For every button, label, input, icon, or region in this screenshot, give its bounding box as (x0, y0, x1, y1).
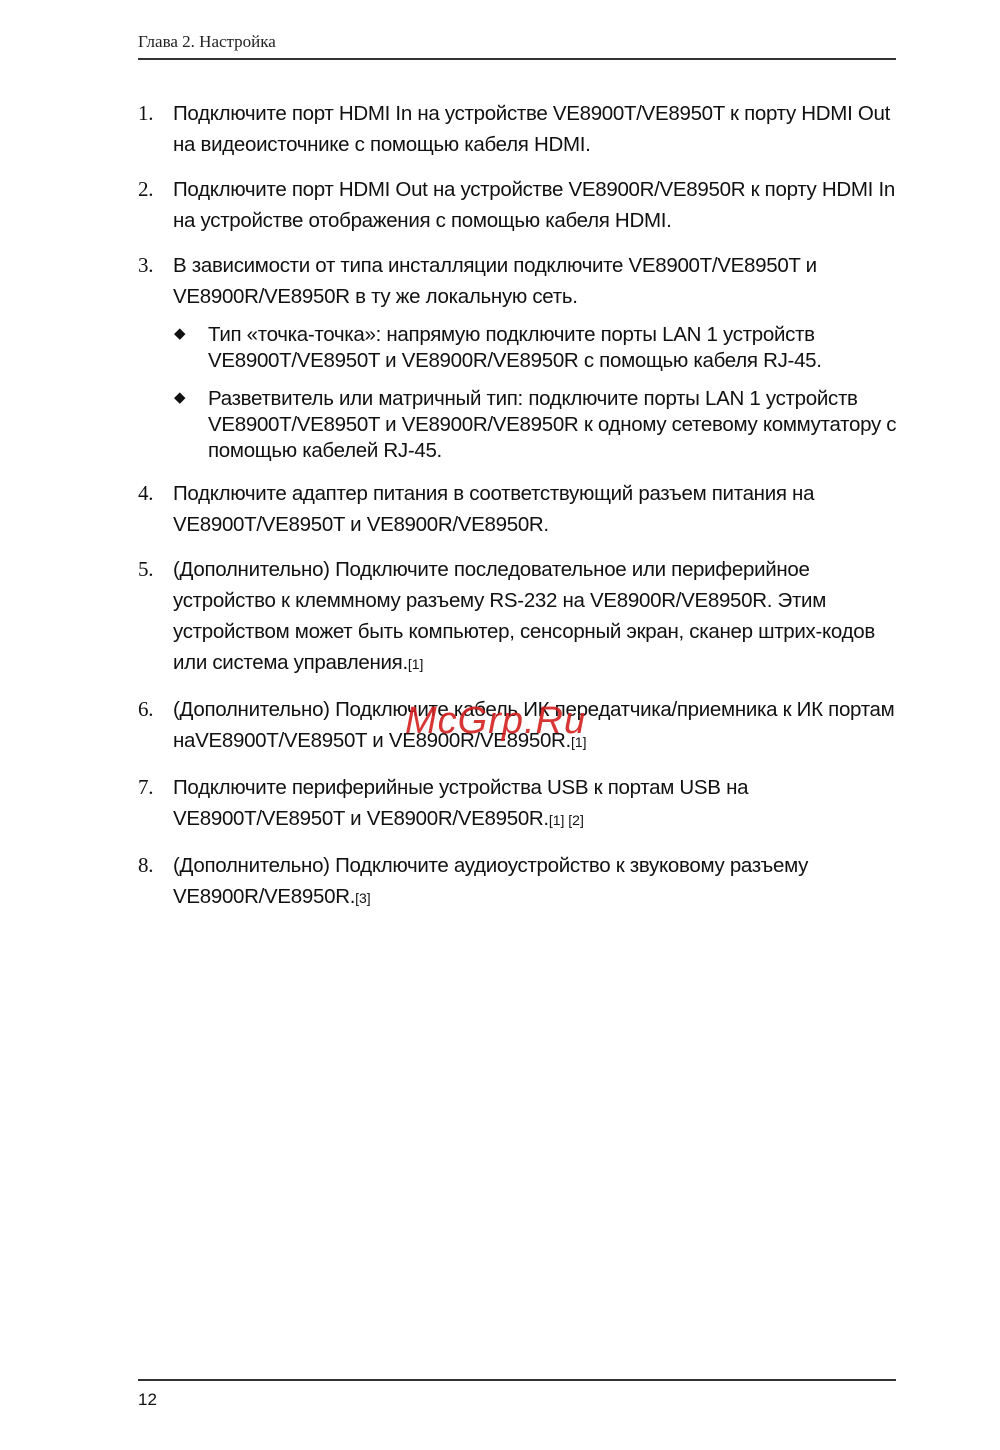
instruction-list: 1. Подключите порт HDMI In на устройстве… (138, 98, 898, 928)
watermark: McGrp.Ru (405, 700, 586, 743)
installation-type-list: ◆ Тип «точка-точка»: напрямую подключите… (173, 322, 898, 464)
step-number: 6. (138, 694, 153, 725)
step-item: 3. В зависимости от типа инсталляции под… (138, 250, 898, 464)
step-text: В зависимости от типа инсталляции подклю… (173, 254, 817, 308)
diamond-bullet-icon: ◆ (174, 321, 185, 347)
step-item: 8. (Дополнительно) Подключите аудиоустро… (138, 850, 898, 914)
step-text: (Дополнительно) Подключите последователь… (173, 558, 875, 674)
chapter-title: Глава 2. Настройка (138, 31, 896, 53)
footnote-ref: [3] (355, 890, 371, 906)
step-number: 5. (138, 554, 153, 585)
step-text: Подключите адаптер питания в соответству… (173, 482, 814, 536)
step-text: (Дополнительно) Подключите аудиоустройст… (173, 854, 808, 908)
step-item: 1. Подключите порт HDMI In на устройстве… (138, 98, 898, 160)
step-number: 2. (138, 174, 153, 205)
footer-divider (138, 1379, 896, 1381)
step-text: Подключите порт HDMI In на устройстве VE… (173, 102, 890, 156)
step-item: 5. (Дополнительно) Подключите последоват… (138, 554, 898, 680)
footnote-ref: [1] [2] (549, 812, 584, 828)
list-item: ◆ Тип «точка-точка»: напрямую подключите… (173, 322, 898, 374)
step-number: 4. (138, 478, 153, 509)
step-number: 8. (138, 850, 153, 881)
bullet-text: Тип «точка-точка»: напрямую подключите п… (208, 323, 822, 372)
step-item: 2. Подключите порт HDMI Out на устройств… (138, 174, 898, 236)
diamond-bullet-icon: ◆ (174, 385, 185, 411)
header-divider (138, 58, 896, 60)
list-item: ◆ Разветвитель или матричный тип: подклю… (173, 386, 898, 464)
page-footer: 12 (138, 1379, 896, 1410)
step-number: 1. (138, 98, 153, 129)
page-number: 12 (138, 1390, 896, 1410)
step-text: Подключите периферийные устройства USB к… (173, 776, 748, 830)
bullet-text: Разветвитель или матричный тип: подключи… (208, 387, 896, 462)
step-number: 7. (138, 772, 153, 803)
step-number: 3. (138, 250, 153, 281)
step-item: 4. Подключите адаптер питания в соответс… (138, 478, 898, 540)
step-text: Подключите порт HDMI Out на устройстве V… (173, 178, 895, 232)
step-item: 7. Подключите периферийные устройства US… (138, 772, 898, 836)
page-header: Глава 2. Настройка (138, 31, 896, 53)
footnote-ref: [1] (408, 656, 424, 672)
